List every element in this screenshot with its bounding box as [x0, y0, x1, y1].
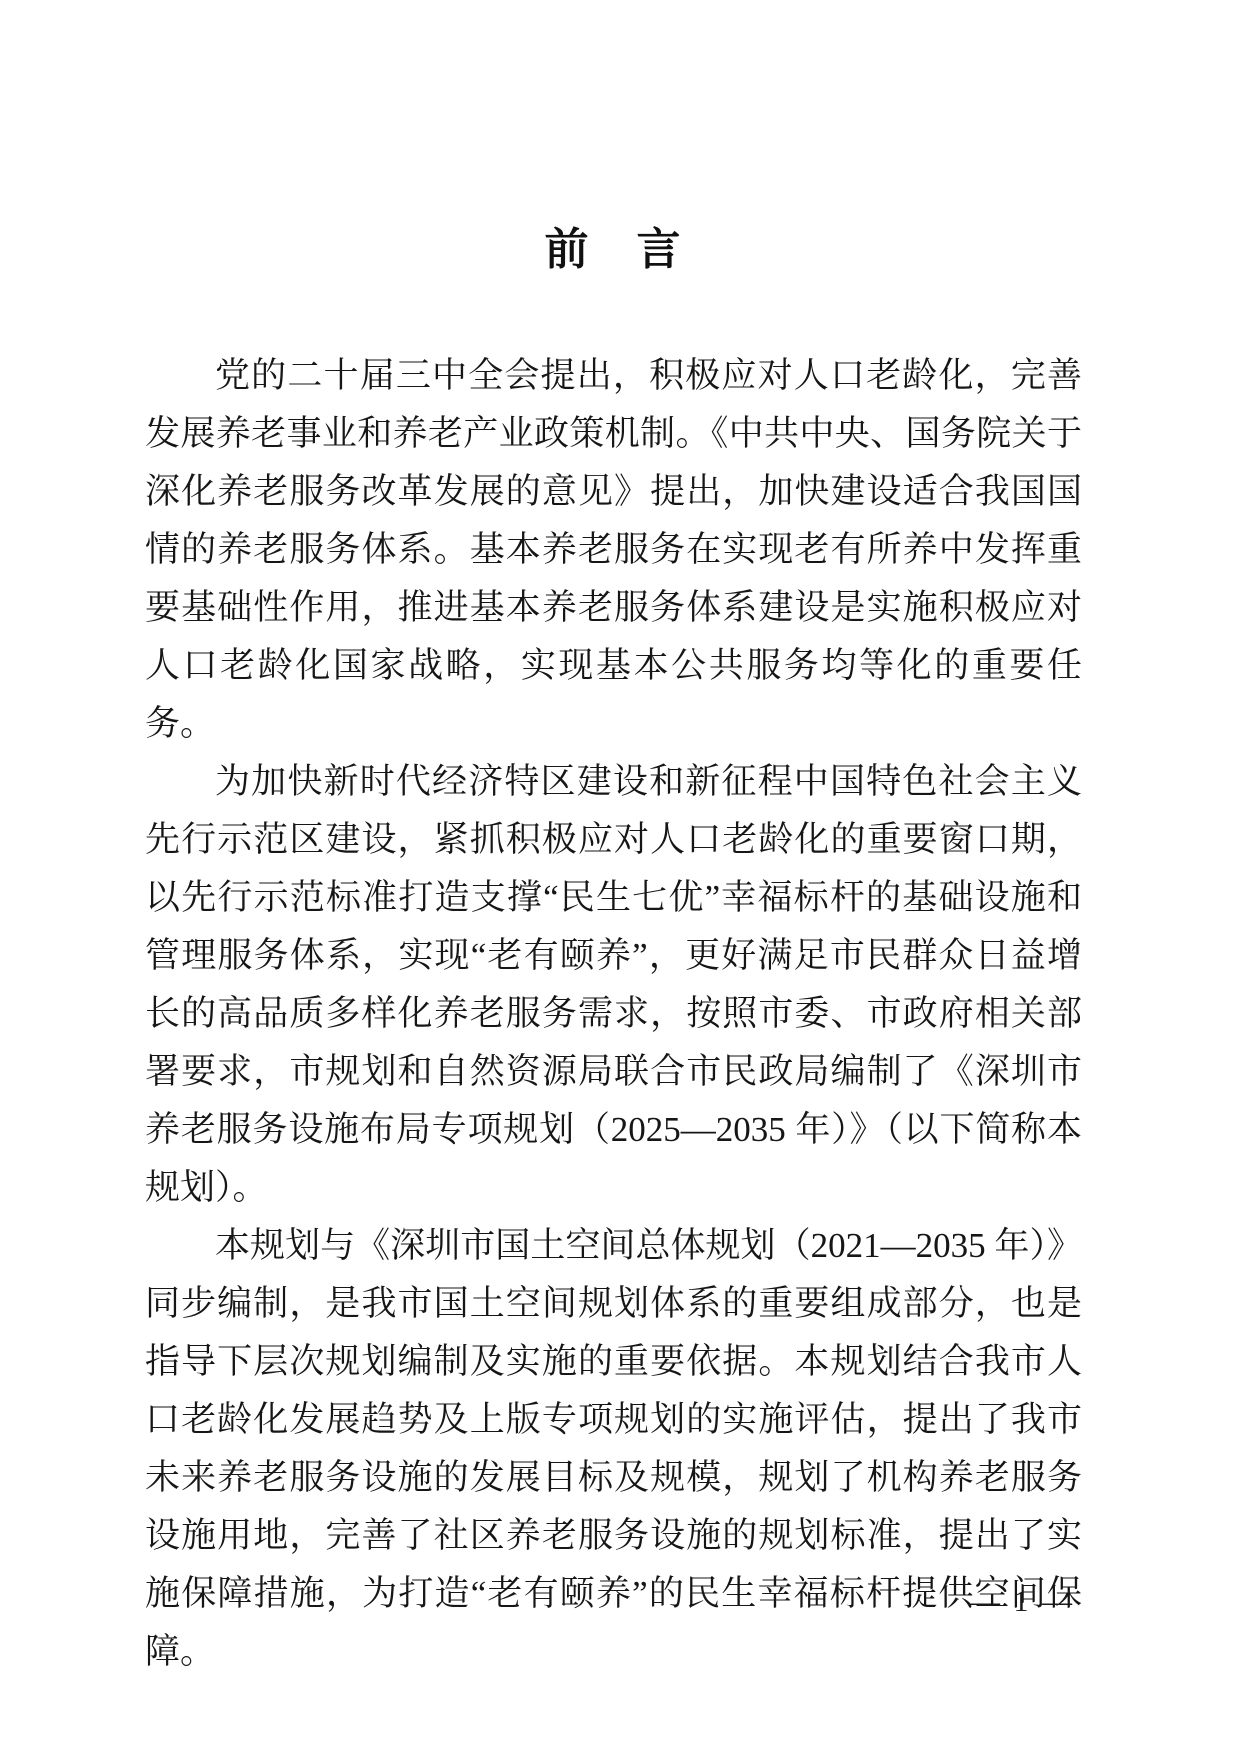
page-title: 前 言: [145, 224, 1082, 276]
paragraph: 为加快新时代经济特区建设和新征程中国特色社会主义先行示范区建设，紧抓积极应对人口…: [145, 753, 1082, 1217]
document-page: 前 言 党的二十届三中全会提出，积极应对人口老龄化，完善发展养老事业和养老产业政…: [0, 0, 1241, 1754]
document-body: 党的二十届三中全会提出，积极应对人口老龄化，完善发展养老事业和养老产业政策机制。…: [145, 347, 1082, 1681]
paragraph: 本规划与《深圳市国土空间总体规划（2021—2035 年）》同步编制，是我市国土…: [145, 1217, 1082, 1681]
page-number: — 1 —: [970, 1584, 1075, 1620]
paragraph: 党的二十届三中全会提出，积极应对人口老龄化，完善发展养老事业和养老产业政策机制。…: [145, 347, 1082, 753]
